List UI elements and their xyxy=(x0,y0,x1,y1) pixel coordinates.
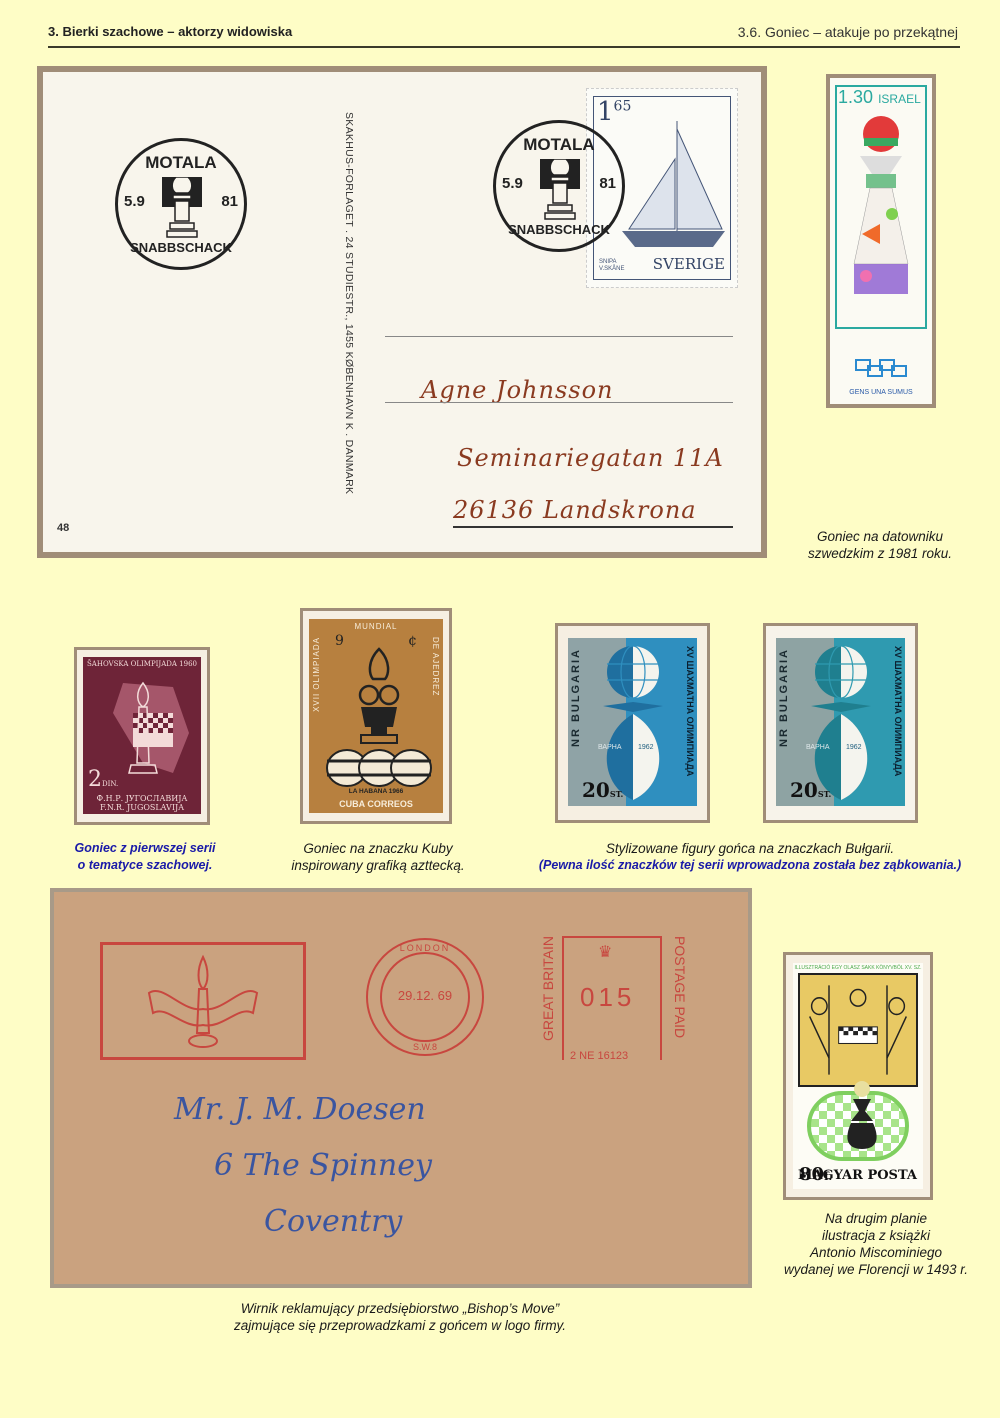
stamp-title: ŠAHOVSKA OLIMPIJADA 1960 xyxy=(83,660,201,668)
cancel-date-left: 5.9 xyxy=(124,193,145,210)
motala-cancel-postmark: MOTALA 5.9 81 SNABBSCHACK xyxy=(115,138,247,270)
swedish-postcard: MOTALA 5.9 81 SNABBSCHACK SKAKHUS-FORLAG… xyxy=(37,66,767,558)
envelope-address-city: Coventry xyxy=(264,1204,402,1239)
stamp-country: CUBA CORREOS xyxy=(309,799,443,809)
meter-amount: 015 xyxy=(580,982,635,1013)
stamp-event: LA HABANA 1966 xyxy=(309,788,443,795)
cancel-top-text: MOTALA xyxy=(118,153,244,173)
address-rule xyxy=(385,402,733,403)
stamp-value: 9 xyxy=(335,633,344,649)
olympic-rings-icon xyxy=(854,358,908,380)
yugoslavia-stamp: ŠAHOVSKA OLIMPIJADA 1960 2DIN. Ф.Н.Р. ЈУ… xyxy=(74,647,210,825)
address-underline xyxy=(453,526,733,528)
address-name: Agne Johnsson xyxy=(421,376,614,404)
page-number: 48 xyxy=(57,522,69,534)
postmark-date: 29.12. 69 xyxy=(368,988,482,1003)
pawn-icon xyxy=(846,114,916,304)
stamp-title-right: DE AJEDREZ xyxy=(431,637,440,696)
stamp-city: ВАРНА xyxy=(598,744,622,751)
stamp-value: 20ST. xyxy=(582,778,623,802)
stamp-value: 1.30 ISRAEL xyxy=(838,87,921,108)
meter-paid-label: POSTAGE PAID xyxy=(672,936,688,1038)
stamp-country: Ф.Н.Р. ЈУГОСЛАВИЈАF.N.R. JUGOSLAVIJA xyxy=(83,794,201,812)
bishops-move-envelope: LONDON 29.12. 69 S.W.8 GREAT BRITAIN ♛ 0… xyxy=(50,888,752,1288)
cancel-date-right: 81 xyxy=(221,193,238,210)
address-street: Seminariegatan 11A xyxy=(457,444,724,472)
postage-meter: GREAT BRITAIN ♛ 015 2 NE 16123 POSTAGE P… xyxy=(540,936,688,1064)
address-city: 26136 Landskrona xyxy=(453,496,697,524)
crown-icon: ♛ xyxy=(598,942,612,962)
stamp-value: 2DIN. xyxy=(88,767,118,792)
caption-yugoslavia: Goniec z pierwszej seriio tematyce szach… xyxy=(50,840,240,874)
bulgaria-stamp-perforated: NR BULGARIA XV ШАХМАТНА ОЛИМПИАДА ВАРНА … xyxy=(555,623,710,823)
stamp-title-left: XVII OLIMPIADA xyxy=(312,637,321,712)
stamp-country: NR BULGARIA xyxy=(778,648,790,747)
chess-players-illustration xyxy=(798,973,918,1087)
caption-cuba: Goniec na znaczku Kubyinspirowany grafik… xyxy=(268,840,488,874)
hungary-stamp: ILLUSZTRÁCIÓ EGY OLASZ SAKK KÖNYVBŐL XV.… xyxy=(783,952,933,1200)
aztec-bishop-icon xyxy=(345,647,413,747)
globes-icon xyxy=(323,747,435,789)
sailboat-icon xyxy=(617,119,727,259)
cuba-stamp: MUNDIAL XVII OLIMPIADA DE AJEDREZ 9 ¢ LA… xyxy=(300,608,452,824)
bulgaria-stamp-imperforate: NR BULGARIA XV ШАХМАТНА ОЛИМПИАДА ВАРНА … xyxy=(763,623,918,823)
stamp-motto: GENS UNA SUMUS xyxy=(830,389,932,396)
stamp-subtitle: SNIPAV.SKÅNE xyxy=(599,259,624,273)
header-divider xyxy=(48,46,960,48)
stamp-country: MAGYAR POSTA xyxy=(798,1168,917,1183)
stamp-country: SVERIGE xyxy=(653,255,725,273)
caption-postcard: Goniec na datownikuszwedzkim z 1981 roku… xyxy=(770,528,990,562)
cancel-bottom-text: SNABBSCHACK xyxy=(496,222,622,237)
meter-serial: 2 NE 16123 xyxy=(570,1050,628,1062)
motala-cancel-on-stamp: MOTALA 5.9 81 SNABBSCHACK xyxy=(493,120,625,252)
cancel-top-text: MOTALA xyxy=(496,135,622,155)
cancel-date-left: 5.9 xyxy=(502,175,523,192)
bishop-scroll-icon xyxy=(143,953,263,1053)
stamp-year: 1962 xyxy=(846,744,862,751)
chapter-title: 3. Bierki szachowe – aktorzy widowiska xyxy=(48,24,292,39)
bishops-move-logo xyxy=(100,942,306,1060)
stamp-title: ILLUSZTRÁCIÓ EGY OLASZ SAKK KÖNYVBŐL XV.… xyxy=(793,965,923,971)
stamp-country: NR BULGARIA xyxy=(570,648,582,747)
publisher-imprint: SKAKHUS-FORLAGET . 24 STUDIESTR., 1455 K… xyxy=(343,112,355,494)
envelope-address-name: Mr. J. M. Doesen xyxy=(174,1092,426,1127)
caption-envelope: Wirnik reklamujący przedsiębiorstwo „Bis… xyxy=(160,1300,640,1334)
israel-stamp: 1.30 ISRAEL GENS UNA SUMUS xyxy=(826,74,936,408)
postmark-district: S.W.8 xyxy=(368,1042,482,1052)
stamp-city: ВАРНА xyxy=(806,744,830,751)
bishop-icon xyxy=(162,177,202,239)
stamp-year: 1962 xyxy=(638,744,654,751)
envelope-address-street: 6 The Spinney xyxy=(214,1148,432,1183)
section-title: 3.6. Goniec – atakuje po przekątnej xyxy=(738,24,958,40)
meter-country: GREAT BRITAIN xyxy=(540,936,556,1041)
bishop-icon xyxy=(540,159,580,221)
stamp-title: XV ШАХМАТНА ОЛИМПИАДА xyxy=(893,646,903,776)
pawn-icon xyxy=(845,1081,879,1151)
caption-bulgaria: Stylizowane figury gońca na znaczkach Bu… xyxy=(520,840,980,874)
address-rule xyxy=(385,336,733,337)
cancel-date-right: 81 xyxy=(599,175,616,192)
cancel-bottom-text: SNABBSCHACK xyxy=(118,240,244,255)
stamp-title: XV ШАХМАТНА ОЛИМПИАДА xyxy=(685,646,695,776)
stamp-value: 20ST. xyxy=(790,778,831,802)
london-postmark: LONDON 29.12. 69 S.W.8 xyxy=(366,938,484,1056)
stamp-title-top: MUNDIAL xyxy=(309,622,443,631)
caption-hungary: Na drugim planieilustracja z książkiAnto… xyxy=(762,1210,990,1278)
